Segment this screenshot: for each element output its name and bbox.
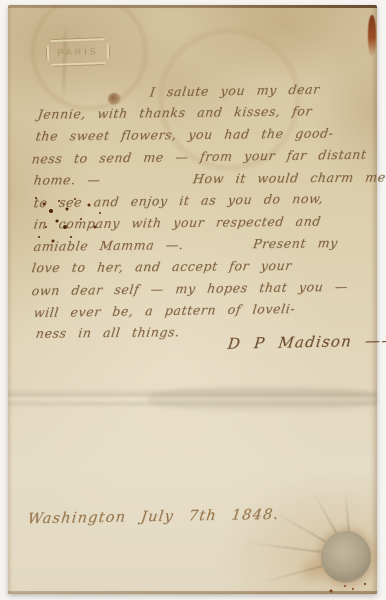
letter-line: will ever be, a pattern of loveli- <box>33 303 296 320</box>
signature: D P Madison —— <box>227 333 386 352</box>
letter-line: in company with your respected and <box>33 215 322 231</box>
letter-line: love to her, and accept for your <box>31 260 293 275</box>
letter-line: ness in all things. <box>35 326 180 340</box>
ink-blot <box>108 93 121 105</box>
letter-line: amiable Mamma —. Present my <box>33 237 339 253</box>
seal-specks <box>344 585 346 587</box>
wax-residue-edge-stain <box>368 15 376 57</box>
letter-line: ness to send me — from your far distant <box>31 149 367 166</box>
letter-line: I salute you my dear <box>149 84 320 99</box>
letter-line: home. — How it would charm me <box>33 171 386 187</box>
letter-line: to see and enjoy it as you do now, <box>33 193 324 210</box>
letter-line: Jennie, with thanks and kisses, for <box>37 105 313 121</box>
stamp-text: PARIS <box>57 46 99 57</box>
scan-background: PARIS I salute you my dear Jennie, with … <box>0 0 386 600</box>
dateline: Washington July 7th 1848. <box>27 508 280 527</box>
letter-paper: PARIS I salute you my dear Jennie, with … <box>8 5 377 594</box>
letter-line: the sweet flowers, you had the good- <box>35 127 334 143</box>
letter-line: own dear self — my hopes that you — <box>31 281 349 298</box>
wax-seal <box>321 531 371 583</box>
fold-smudge <box>148 387 377 411</box>
embossed-stationer-stamp: PARIS <box>46 37 111 67</box>
